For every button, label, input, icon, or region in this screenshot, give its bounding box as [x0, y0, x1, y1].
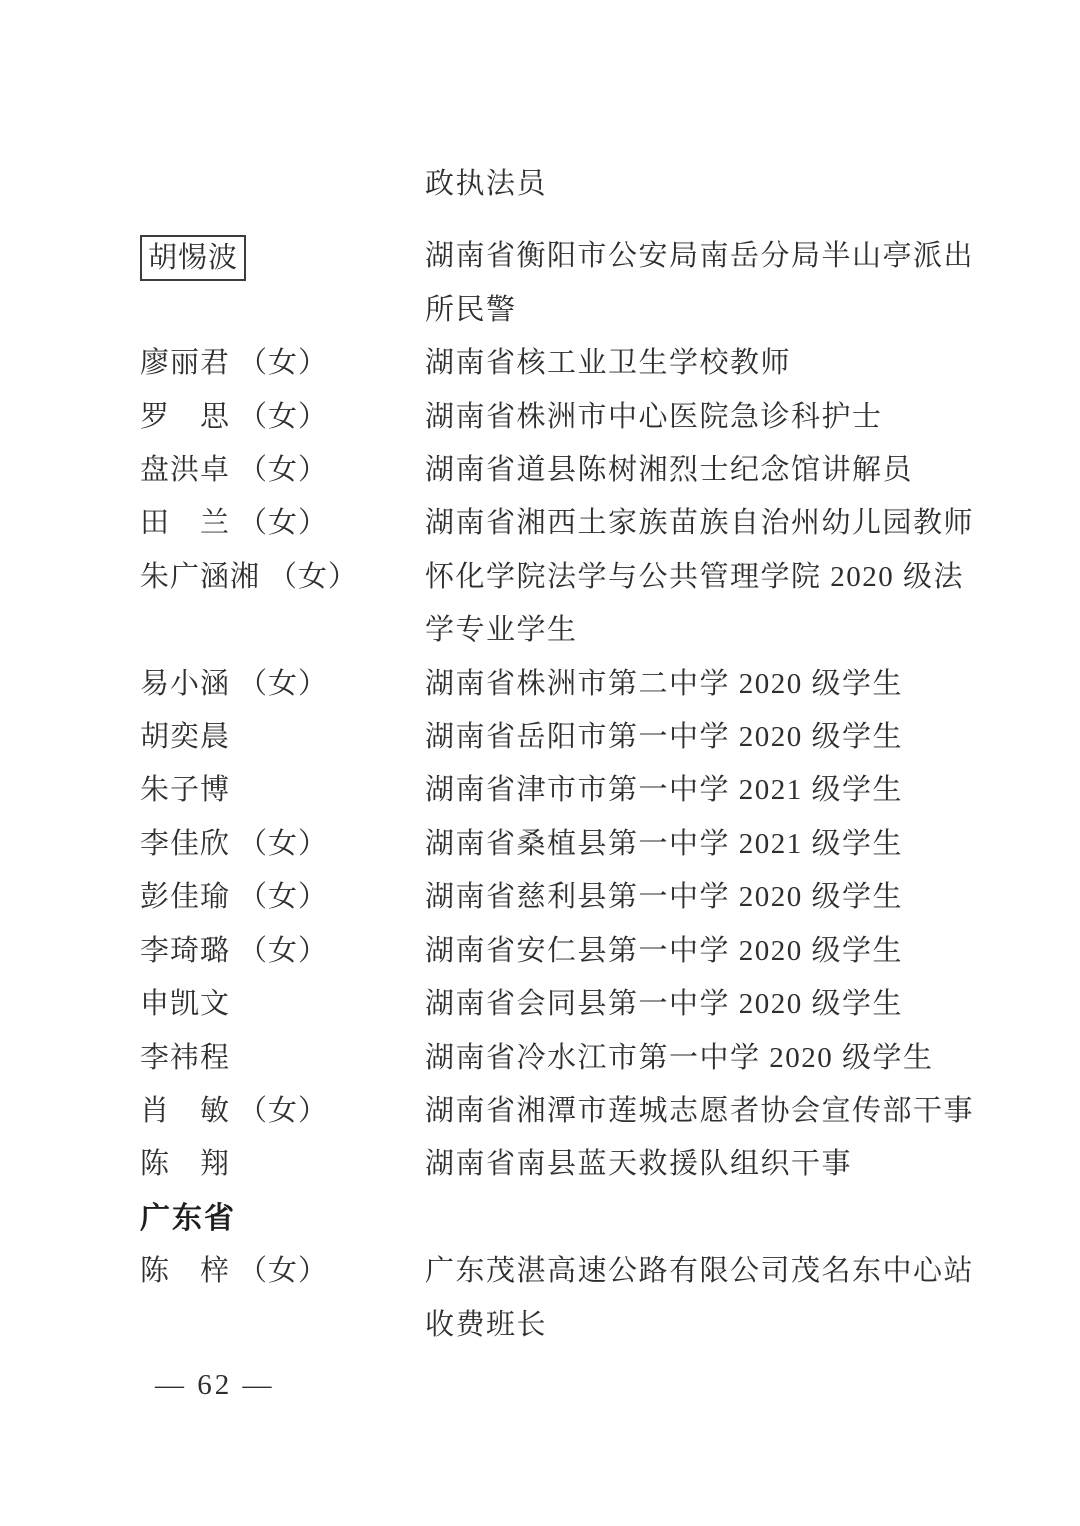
- person-name-cell: 陈 翔: [140, 1138, 425, 1191]
- description-line: 政执法员: [425, 158, 970, 211]
- list-entry: 罗 思（女） 湖南省株洲市中心医院急诊科护士: [140, 391, 970, 444]
- person-description: 湖南省湘潭市莲城志愿者协会宣传部干事: [425, 1085, 970, 1138]
- person-name: 朱子博: [140, 774, 230, 806]
- person-name: 李祎程: [140, 1042, 230, 1074]
- person-description: 湖南省岳阳市第一中学 2020 级学生: [425, 711, 970, 764]
- description-line: 湖南省慈利县第一中学 2020 级学生: [425, 871, 970, 924]
- gender-marker: （女）: [268, 561, 358, 593]
- description-line: 所民警: [425, 284, 970, 337]
- list-entry-continuation: 政执法员: [140, 158, 970, 211]
- description-line: 怀化学院法学与公共管理学院 2020 级法: [425, 551, 970, 604]
- person-description: 湖南省冷水江市第一中学 2020 级学生: [425, 1032, 970, 1085]
- person-name-cell: 罗 思（女）: [140, 391, 425, 444]
- person-name: 田 兰: [140, 507, 230, 539]
- person-name: 陈 翔: [140, 1148, 230, 1180]
- person-description: 湖南省津市市第一中学 2021 级学生: [425, 764, 970, 817]
- person-name: 朱广涵湘: [140, 561, 260, 593]
- person-name-cell: 朱广涵湘（女）: [140, 551, 425, 604]
- person-name-cell: 易小涵（女）: [140, 658, 425, 711]
- person-description: 湖南省衡阳市公安局南岳分局半山亭派出 所民警: [425, 230, 970, 337]
- person-description: 湖南省道县陈树湘烈士纪念馆讲解员: [425, 444, 970, 497]
- person-description: 湖南省株洲市中心医院急诊科护士: [425, 391, 970, 444]
- person-description: 湖南省桑植县第一中学 2021 级学生: [425, 818, 970, 871]
- list-entry: 朱子博 湖南省津市市第一中学 2021 级学生: [140, 764, 970, 817]
- list-entry: 廖丽君（女） 湖南省核工业卫生学校教师: [140, 337, 970, 390]
- person-description: 政执法员: [425, 158, 970, 211]
- person-name-cell: 田 兰（女）: [140, 497, 425, 550]
- person-name: 肖 敏: [140, 1095, 230, 1127]
- description-line: 湖南省岳阳市第一中学 2020 级学生: [425, 711, 970, 764]
- list-entry: 陈 梓（女） 广东茂湛高速公路有限公司茂名东中心站 收费班长: [140, 1245, 970, 1352]
- person-name-cell: 盘洪卓（女）: [140, 444, 425, 497]
- list-entry: 彭佳瑜（女） 湖南省慈利县第一中学 2020 级学生: [140, 871, 970, 924]
- document-page: 政执法员 胡惕波 湖南省衡阳市公安局南岳分局半山亭派出 所民警 廖丽君（女） 湖…: [0, 0, 1080, 1526]
- list-entry: 胡惕波 湖南省衡阳市公安局南岳分局半山亭派出 所民警: [140, 230, 970, 337]
- person-name-cell: 李祎程: [140, 1032, 425, 1085]
- person-name: 陈 梓: [140, 1255, 230, 1287]
- person-name-cell: 彭佳瑜（女）: [140, 871, 425, 924]
- description-line: 湖南省会同县第一中学 2020 级学生: [425, 978, 970, 1031]
- gender-marker: （女）: [238, 935, 328, 967]
- gender-marker: （女）: [238, 454, 328, 486]
- person-name-boxed: 胡惕波: [140, 235, 246, 281]
- person-name: 盘洪卓: [140, 454, 230, 486]
- description-line: 广东茂湛高速公路有限公司茂名东中心站: [425, 1245, 970, 1298]
- person-description: 湖南省会同县第一中学 2020 级学生: [425, 978, 970, 1031]
- list-entry: 李祎程 湖南省冷水江市第一中学 2020 级学生: [140, 1032, 970, 1085]
- person-name-cell: 朱子博: [140, 764, 425, 817]
- person-name-cell: 胡奕晨: [140, 711, 425, 764]
- person-description: 湖南省核工业卫生学校教师: [425, 337, 970, 390]
- person-name: 彭佳瑜: [140, 881, 230, 913]
- gender-marker: （女）: [238, 507, 328, 539]
- person-name: 胡奕晨: [140, 721, 230, 753]
- list-entry: 陈 翔 湖南省南县蓝天救援队组织干事: [140, 1138, 970, 1191]
- person-name-cell: 肖 敏（女）: [140, 1085, 425, 1138]
- list-entry: 田 兰（女） 湖南省湘西土家族苗族自治州幼儿园教师: [140, 497, 970, 550]
- list-entry: 肖 敏（女） 湖南省湘潭市莲城志愿者协会宣传部干事: [140, 1085, 970, 1138]
- gender-marker: （女）: [238, 668, 328, 700]
- list-entry: 胡奕晨 湖南省岳阳市第一中学 2020 级学生: [140, 711, 970, 764]
- person-description: 湖南省安仁县第一中学 2020 级学生: [425, 925, 970, 978]
- description-line: 湖南省道县陈树湘烈士纪念馆讲解员: [425, 444, 970, 497]
- person-name: 廖丽君: [140, 347, 230, 379]
- description-line: 湖南省津市市第一中学 2021 级学生: [425, 764, 970, 817]
- description-line: 湖南省湘潭市莲城志愿者协会宣传部干事: [425, 1085, 970, 1138]
- person-name: 易小涵: [140, 668, 230, 700]
- list-entry: 李佳欣（女） 湖南省桑植县第一中学 2021 级学生: [140, 818, 970, 871]
- description-line: 湖南省株洲市第二中学 2020 级学生: [425, 658, 970, 711]
- list-entry: 朱广涵湘（女） 怀化学院法学与公共管理学院 2020 级法 学专业学生: [140, 551, 970, 658]
- description-line: 湖南省核工业卫生学校教师: [425, 337, 970, 390]
- description-line: 学专业学生: [425, 604, 970, 657]
- gender-marker: （女）: [238, 1095, 328, 1127]
- description-line: 湖南省南县蓝天救援队组织干事: [425, 1138, 970, 1191]
- gender-marker: （女）: [238, 881, 328, 913]
- page-number: — 62 —: [155, 1359, 275, 1412]
- description-line: 湖南省桑植县第一中学 2021 级学生: [425, 818, 970, 871]
- description-line: 湖南省衡阳市公安局南岳分局半山亭派出: [425, 230, 970, 283]
- person-name-cell: 胡惕波: [140, 230, 425, 285]
- description-line: 湖南省株洲市中心医院急诊科护士: [425, 391, 970, 444]
- list-entry: 易小涵（女） 湖南省株洲市第二中学 2020 级学生: [140, 658, 970, 711]
- person-description: 湖南省株洲市第二中学 2020 级学生: [425, 658, 970, 711]
- person-name-cell: 李佳欣（女）: [140, 818, 425, 871]
- list-entry: 申凯文 湖南省会同县第一中学 2020 级学生: [140, 978, 970, 1031]
- section-header-guangdong: 广东省: [140, 1192, 970, 1245]
- person-name-cell: 申凯文: [140, 978, 425, 1031]
- person-description: 怀化学院法学与公共管理学院 2020 级法 学专业学生: [425, 551, 970, 658]
- description-line: 收费班长: [425, 1299, 970, 1352]
- person-name: 李琦璐: [140, 935, 230, 967]
- gender-marker: （女）: [238, 828, 328, 860]
- person-name-cell: 廖丽君（女）: [140, 337, 425, 390]
- person-name: 申凯文: [140, 988, 230, 1020]
- person-description: 湖南省南县蓝天救援队组织干事: [425, 1138, 970, 1191]
- description-line: 湖南省冷水江市第一中学 2020 级学生: [425, 1032, 970, 1085]
- person-description: 湖南省湘西土家族苗族自治州幼儿园教师: [425, 497, 970, 550]
- honor-roll-list: 政执法员 胡惕波 湖南省衡阳市公安局南岳分局半山亭派出 所民警 廖丽君（女） 湖…: [140, 158, 970, 1352]
- description-line: 湖南省安仁县第一中学 2020 级学生: [425, 925, 970, 978]
- gender-marker: （女）: [238, 1255, 328, 1287]
- person-description: 广东茂湛高速公路有限公司茂名东中心站 收费班长: [425, 1245, 970, 1352]
- person-name-cell: 李琦璐（女）: [140, 925, 425, 978]
- gender-marker: （女）: [238, 401, 328, 433]
- list-entry: 李琦璐（女） 湖南省安仁县第一中学 2020 级学生: [140, 925, 970, 978]
- person-description: 湖南省慈利县第一中学 2020 级学生: [425, 871, 970, 924]
- person-name: 李佳欣: [140, 828, 230, 860]
- list-entry: 盘洪卓（女） 湖南省道县陈树湘烈士纪念馆讲解员: [140, 444, 970, 497]
- person-name: 罗 思: [140, 401, 230, 433]
- description-line: 湖南省湘西土家族苗族自治州幼儿园教师: [425, 497, 970, 550]
- person-name-cell: 陈 梓（女）: [140, 1245, 425, 1298]
- gender-marker: （女）: [238, 347, 328, 379]
